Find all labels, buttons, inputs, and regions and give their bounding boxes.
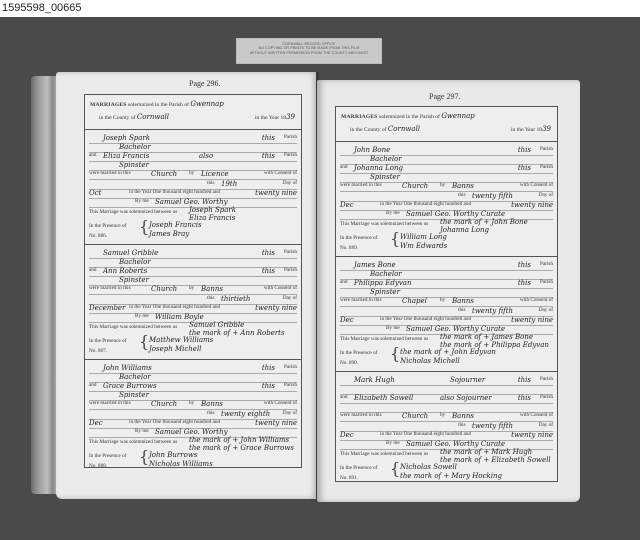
label-day-of: Day of <box>539 422 553 428</box>
officiant: Samuel Geo. Worthy <box>155 428 228 436</box>
label-day-of: Day of <box>283 295 297 301</box>
label-by-me: By me <box>386 325 400 331</box>
groom-parish: this <box>518 261 531 269</box>
party-signature: the mark of + Grace Burrows <box>189 444 294 452</box>
label-day-of: Day of <box>539 307 553 313</box>
marriage-year: twenty nine <box>511 201 553 209</box>
label-married: were married in this <box>340 297 382 303</box>
witness-signature: the mark of + John Edyvan <box>400 348 496 356</box>
marriage-day: 19th <box>221 180 237 188</box>
party-signature: Joseph Spark <box>189 206 236 214</box>
officiant: William Boyle <box>155 313 204 321</box>
marriage-month: December <box>89 304 125 312</box>
entry-number: No. 888. <box>89 463 107 469</box>
label-parish: Parish <box>540 164 553 170</box>
officiant: Samuel Geo. Worthy Curate <box>406 210 505 218</box>
bride-status: Spinster <box>370 288 400 296</box>
bride-status: Spinster <box>370 173 400 181</box>
label-by: by <box>189 285 194 291</box>
label-parish: Parish <box>284 364 297 370</box>
marriage-entry: John BonethisParish Bachelor andJohanna … <box>336 142 557 257</box>
header-title: MARRIAGES <box>341 114 378 120</box>
label-presence: In the Presence of <box>340 350 377 356</box>
entry-number: No. 889. <box>340 245 358 251</box>
marriage-by: Banns <box>201 285 223 293</box>
bride-name: Grace Burrows <box>103 382 157 390</box>
label-by-me: By me <box>386 210 400 216</box>
groom-name: James Bone <box>354 261 396 269</box>
label-day-of: Day of <box>283 180 297 186</box>
label-year: in the Year One thousand eight hundred a… <box>129 419 220 425</box>
label-this: this <box>458 307 466 313</box>
marriage-entry: John WilliamsthisParish Bachelor andGrac… <box>85 360 301 474</box>
left-page: Page 296. MARRIAGES solemnized in the Pa… <box>56 72 318 499</box>
entry-number: No. 890. <box>340 360 358 366</box>
label-year: in the Year One thousand eight hundred a… <box>380 431 471 437</box>
marriage-year: twenty nine <box>255 189 297 197</box>
marriage-by: Licence <box>201 170 229 178</box>
label-between: This Marriage was solemnized between us <box>89 324 177 330</box>
label-by: by <box>189 400 194 406</box>
label-presence: In the Presence of <box>89 338 126 344</box>
register-header: MARRIAGES solemnized in the Parish of Gw… <box>336 107 557 142</box>
bride-parish: this <box>518 279 531 287</box>
label-by: by <box>189 170 194 176</box>
bride-parish: this <box>262 382 275 390</box>
marriage-month: Dec <box>89 419 103 427</box>
label-year: in the Year One thousand eight hundred a… <box>380 201 471 207</box>
year-label: in the Year 18 <box>255 115 286 121</box>
stamp-line: NO COPYING OR PRINTS TO BE MADE FROM THI… <box>258 46 359 50</box>
marriage-entry: Mark HughSojournerthisParish andElizabet… <box>336 372 557 486</box>
label-by: by <box>440 297 445 303</box>
label-parish: Parish <box>540 394 553 400</box>
label-and: and <box>89 382 97 388</box>
label-by-me: By me <box>135 428 149 434</box>
stamp-line: WITHOUT WRITTEN PERMISSION FROM THE COUN… <box>250 51 369 55</box>
bride-name: Ann Roberts <box>103 267 147 275</box>
officiant: Samuel Geo. Worthy <box>155 198 228 206</box>
label-between: This Marriage was solemnized between us <box>89 439 177 445</box>
bride-parish: this <box>262 152 275 160</box>
groom-status: Bachelor <box>119 373 151 381</box>
marriage-entry: Samuel GribblethisParish Bachelor andAnn… <box>85 245 301 360</box>
label-presence: In the Presence of <box>89 223 126 229</box>
label-between: This Marriage was solemnized between us <box>340 336 428 342</box>
marriage-month: Oct <box>89 189 101 197</box>
bride-note: also <box>199 152 213 160</box>
label-presence: In the Presence of <box>89 453 126 459</box>
label-between: This Marriage was solemnized between us <box>340 221 428 227</box>
label-consent: with Consent of <box>264 400 297 406</box>
label-parish: Parish <box>540 376 553 382</box>
label-parish: Parish <box>284 249 297 255</box>
label-parish: Parish <box>284 267 297 273</box>
page-number: Page 297. <box>429 92 461 101</box>
label-presence: In the Presence of <box>340 235 377 241</box>
marriage-place: Church <box>402 182 428 190</box>
label-consent: with Consent of <box>520 182 553 188</box>
groom-status: Bachelor <box>370 155 402 163</box>
groom-status: Bachelor <box>119 143 151 151</box>
parish-name: Gwennap <box>190 100 223 108</box>
marriage-place: Chapel <box>402 297 427 305</box>
label-between: This Marriage was solemnized between us <box>89 209 177 215</box>
marriage-day: twenty eighth <box>221 410 270 418</box>
groom-status: Sojourner <box>450 376 485 384</box>
label-by-me: By me <box>135 313 149 319</box>
officiant: Samuel Geo. Worthy Curate <box>406 440 505 448</box>
label-married: were married in this <box>89 170 131 176</box>
marriage-entry: Joseph SparkthisParish Bachelor andEliza… <box>85 130 301 245</box>
label-presence: In the Presence of <box>340 465 377 471</box>
label-parish: Parish <box>284 382 297 388</box>
header-text: in the County of <box>99 115 136 121</box>
marriage-by: Banns <box>201 400 223 408</box>
label-year: in the Year One thousand eight hundred a… <box>380 316 471 322</box>
marriage-day: twenty fifth <box>472 422 513 430</box>
record-office-stamp: CORNWALL RECORD OFFICE NO COPYING OR PRI… <box>236 38 382 64</box>
groom-name: Mark Hugh <box>354 376 395 384</box>
label-and: and <box>89 267 97 273</box>
marriage-by: Banns <box>452 412 474 420</box>
marriage-year: twenty nine <box>255 419 297 427</box>
label-and: and <box>89 152 97 158</box>
marriage-place: Church <box>151 285 177 293</box>
stamp-line: CORNWALL RECORD OFFICE <box>282 42 335 46</box>
witness-signature: Joseph Francis <box>149 221 202 229</box>
header-text: solemnized in the Parish of <box>379 114 440 120</box>
right-page: Page 297. MARRIAGES solemnized in the Pa… <box>317 80 580 502</box>
label-this: this <box>458 422 466 428</box>
entry-number: No. 891. <box>340 475 358 481</box>
groom-parish: this <box>262 364 275 372</box>
label-this: this <box>458 192 466 198</box>
bride-status: Spinster <box>119 391 149 399</box>
groom-name: John Bone <box>354 146 390 154</box>
label-this: this <box>207 180 215 186</box>
label-this: this <box>207 295 215 301</box>
groom-status: Bachelor <box>370 270 402 278</box>
register-form: MARRIAGES solemnized in the Parish of Gw… <box>84 94 302 468</box>
header-text: solemnized in the Parish of <box>128 102 189 108</box>
bride-name: Johanna Long <box>354 164 403 172</box>
groom-parish: this <box>518 146 531 154</box>
marriage-place: Church <box>151 400 177 408</box>
party-signature: Johanna Long <box>440 226 489 234</box>
label-by-me: By me <box>135 198 149 204</box>
groom-parish: this <box>262 134 275 142</box>
party-signature: the mark of + John Bone <box>440 218 528 226</box>
witness-signature: William Long <box>400 233 447 241</box>
page-number: Page 296. <box>189 79 221 88</box>
year-label: in the Year 18 <box>511 127 542 133</box>
bride-note: also Sojourner <box>440 394 492 402</box>
year-value: 39 <box>286 113 295 121</box>
marriage-place: Church <box>151 170 177 178</box>
label-day-of: Day of <box>539 192 553 198</box>
groom-name: Joseph Spark <box>103 134 150 142</box>
marriage-place: Church <box>402 412 428 420</box>
groom-name: Samuel Gribble <box>103 249 158 257</box>
label-consent: with Consent of <box>264 170 297 176</box>
label-this: this <box>207 410 215 416</box>
groom-status: Bachelor <box>119 258 151 266</box>
label-year: in the Year One thousand eight hundred a… <box>129 304 220 310</box>
marriage-day: thirtieth <box>221 295 250 303</box>
party-signature: the mark of + Mark Hugh <box>440 448 532 456</box>
marriage-day: twenty fifth <box>472 307 513 315</box>
marriage-by: Banns <box>452 182 474 190</box>
groom-parish: this <box>262 249 275 257</box>
marriage-year: twenty nine <box>511 431 553 439</box>
header-title: MARRIAGES <box>90 102 127 108</box>
header-text: in the County of <box>350 127 387 133</box>
marriage-year: twenty nine <box>511 316 553 324</box>
county-name: Cornwall <box>388 125 420 133</box>
label-married: were married in this <box>89 400 131 406</box>
register-form: MARRIAGES solemnized in the Parish of Gw… <box>335 106 558 482</box>
label-parish: Parish <box>284 152 297 158</box>
entry-number: No. 886. <box>89 233 107 239</box>
label-married: were married in this <box>89 285 131 291</box>
bride-name: Eliza Francis <box>103 152 149 160</box>
marriage-month: Dec <box>340 201 354 209</box>
label-and: and <box>340 394 348 400</box>
label-consent: with Consent of <box>520 412 553 418</box>
groom-name: John Williams <box>103 364 152 372</box>
marriage-month: Dec <box>340 316 354 324</box>
year-value: 39 <box>542 125 551 133</box>
marriage-year: twenty nine <box>255 304 297 312</box>
marriage-by: Banns <box>452 297 474 305</box>
bride-parish: this <box>262 267 275 275</box>
register-header: MARRIAGES solemnized in the Parish of Gw… <box>85 95 301 130</box>
witness-signature: John Burrows <box>149 451 197 459</box>
label-consent: with Consent of <box>520 297 553 303</box>
witness-signature: Nicholas Sowell <box>400 463 457 471</box>
image-id-bar: 1595598_00665 <box>0 0 640 17</box>
label-by-me: By me <box>386 440 400 446</box>
bride-parish: this <box>518 394 531 402</box>
label-by: by <box>440 412 445 418</box>
bride-name: Philippa Edyvan <box>354 279 411 287</box>
bride-parish: this <box>518 164 531 172</box>
bride-name: Elizabeth Sowell <box>354 394 413 402</box>
parish-name: Gwennap <box>441 112 474 120</box>
label-parish: Parish <box>540 146 553 152</box>
entry-number: No. 887. <box>89 348 107 354</box>
party-signature: the mark of + John Williams <box>189 436 289 444</box>
officiant: Samuel Geo. Worthy Curate <box>406 325 505 333</box>
label-year: in the Year One thousand eight hundred a… <box>129 189 220 195</box>
bride-status: Spinster <box>119 161 149 169</box>
label-day-of: Day of <box>283 410 297 416</box>
label-parish: Parish <box>540 279 553 285</box>
image-id-label: 1595598_00665 <box>2 2 82 14</box>
marriage-month: Dec <box>340 431 354 439</box>
label-and: and <box>340 279 348 285</box>
party-signature: the mark of + James Bone <box>440 333 533 341</box>
label-and: and <box>340 164 348 170</box>
bride-status: Spinster <box>119 276 149 284</box>
label-parish: Parish <box>540 261 553 267</box>
groom-parish: this <box>518 376 531 384</box>
label-consent: with Consent of <box>264 285 297 291</box>
party-signature: Samuel Gribble <box>189 321 244 329</box>
county-name: Cornwall <box>137 113 169 121</box>
witness-signature: Matthew Williams <box>149 336 213 344</box>
marriage-entry: James BonethisParish Bachelor andPhilipp… <box>336 257 557 372</box>
label-parish: Parish <box>284 134 297 140</box>
label-between: This Marriage was solemnized between us <box>340 451 428 457</box>
label-married: were married in this <box>340 182 382 188</box>
label-married: were married in this <box>340 412 382 418</box>
marriage-day: twenty fifth <box>472 192 513 200</box>
label-by: by <box>440 182 445 188</box>
